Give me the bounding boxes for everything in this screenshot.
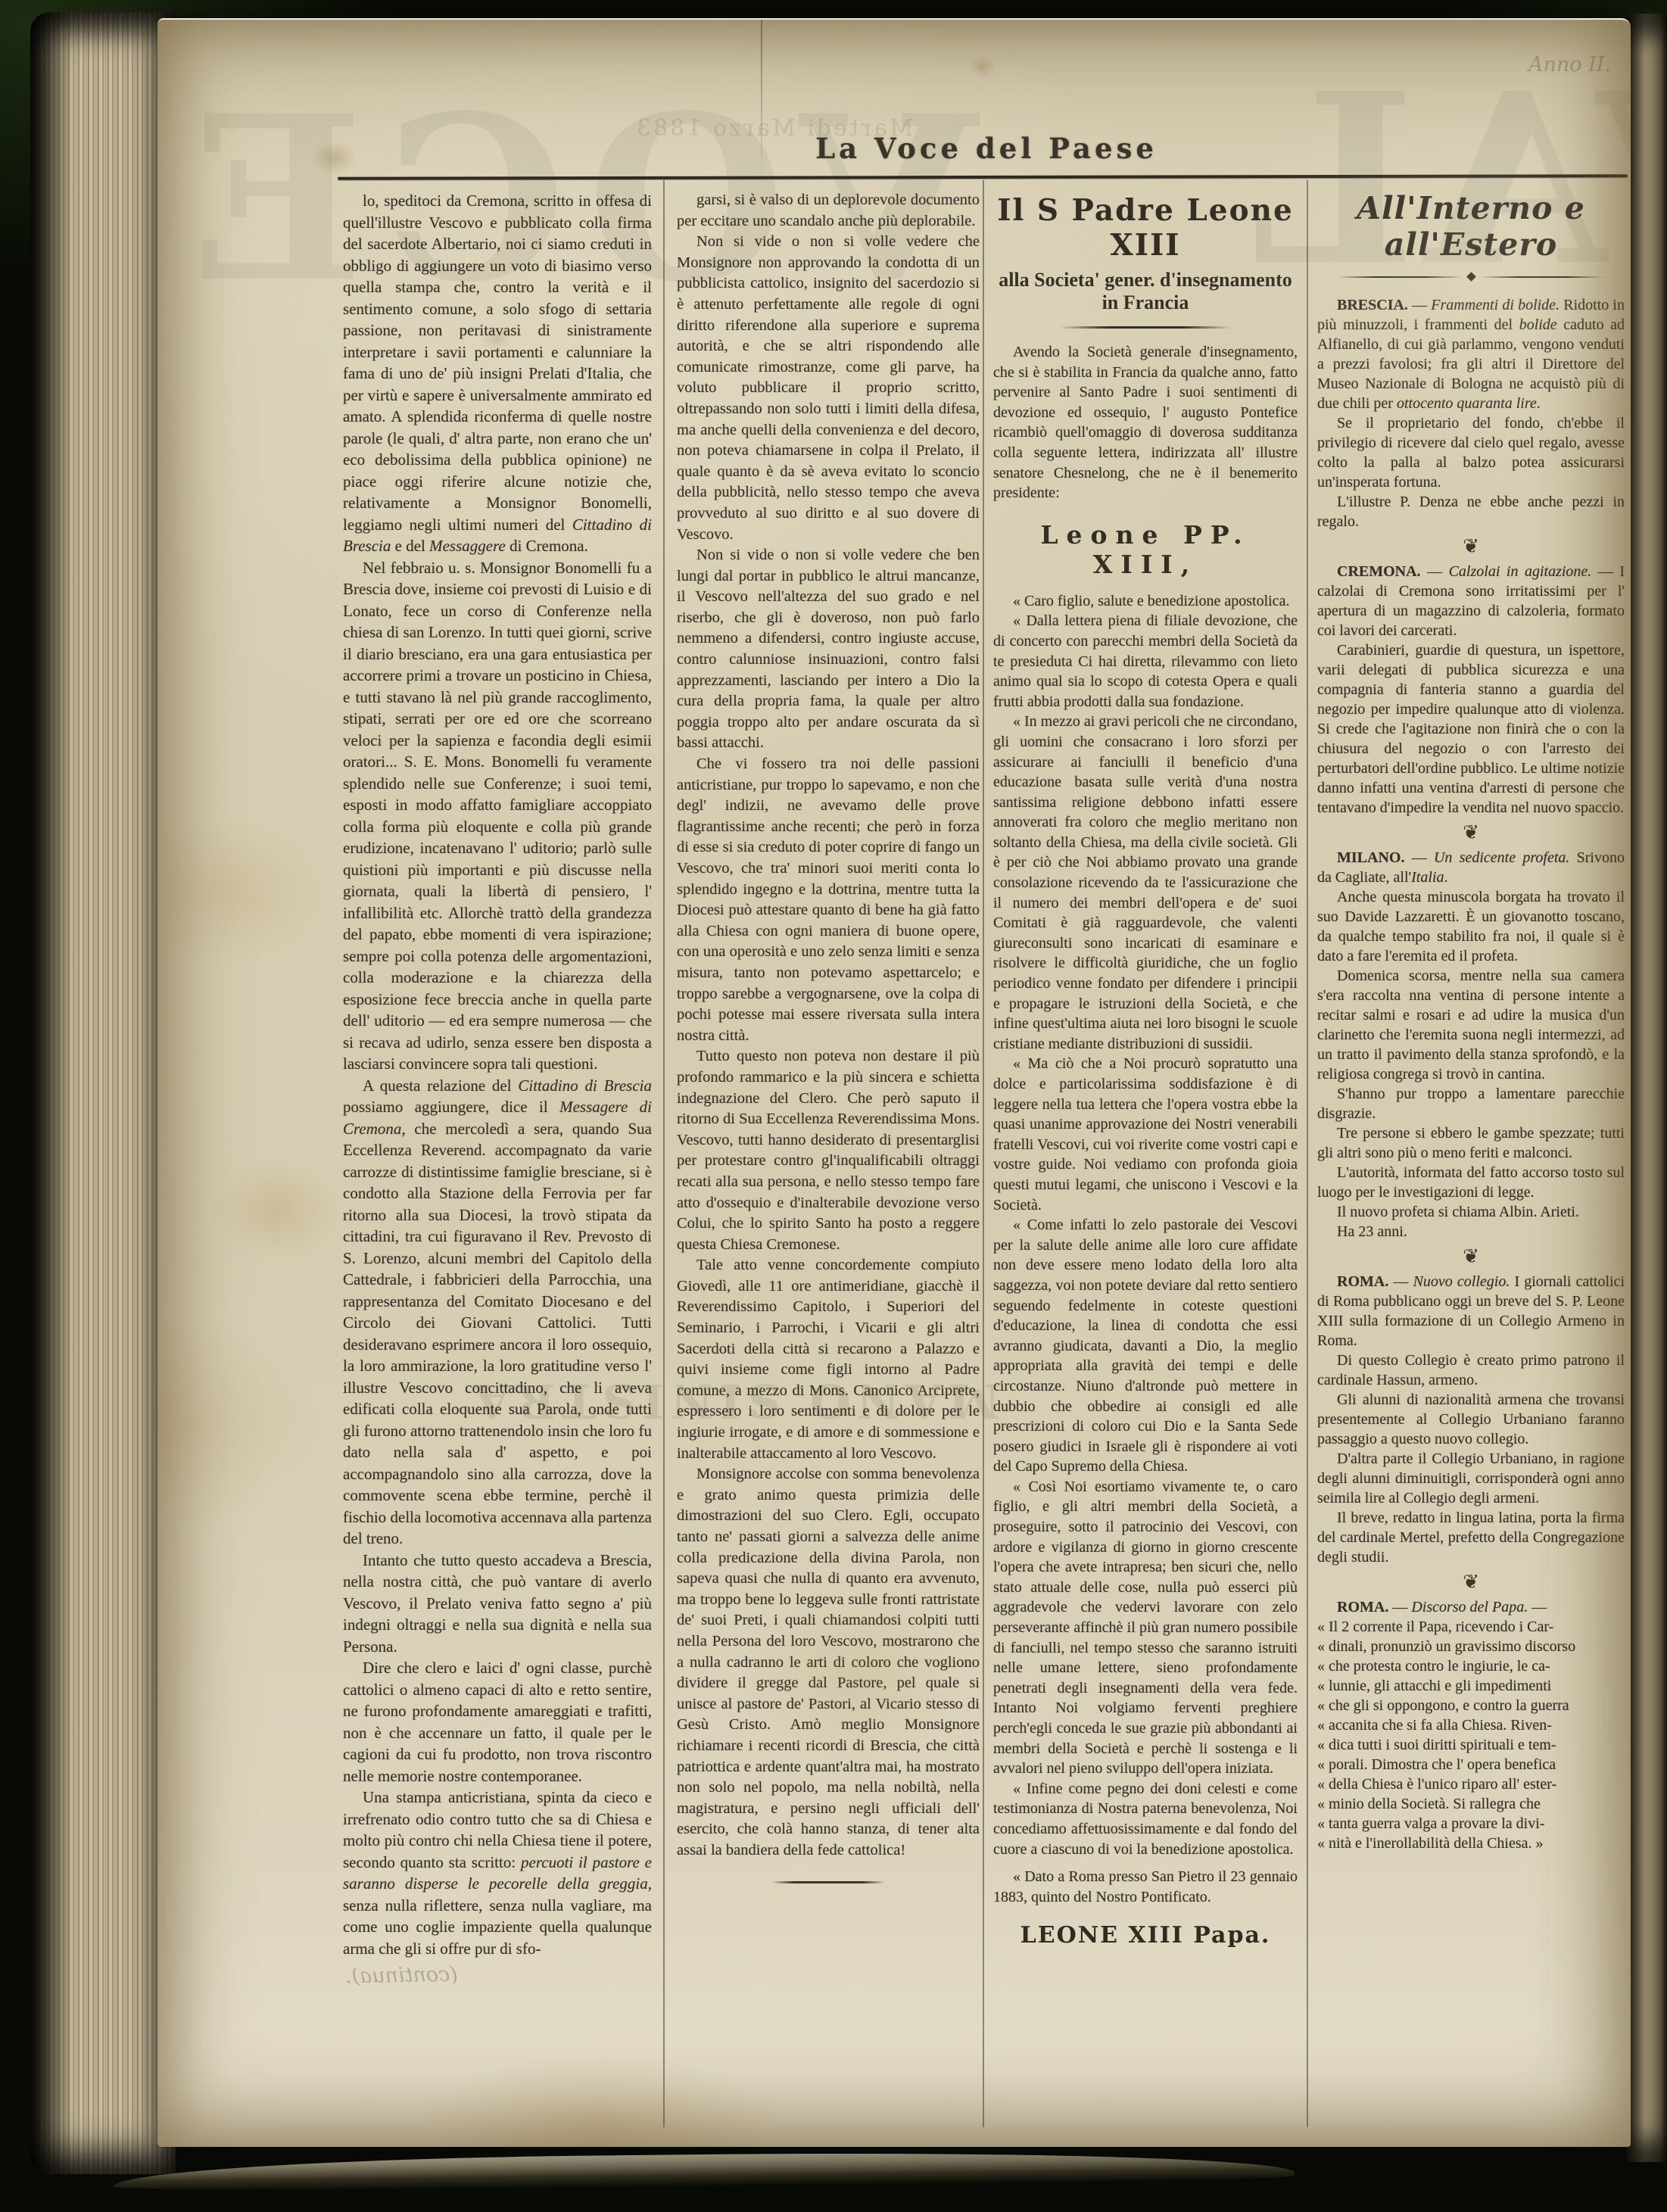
section-head-paragraph: ROMA. — Discorso del Papa. —	[1317, 1597, 1625, 1617]
paragraph: Avendo la Società generale d'insegnament…	[993, 342, 1298, 503]
paragraph: Una stampa anticristiana, spinta da ciec…	[343, 1787, 652, 1959]
letter-paragraph: « Infine come pegno dei doni celesti e c…	[993, 1779, 1298, 1859]
divider-rule	[1060, 326, 1230, 329]
signature: LEONE XIII Papa.	[993, 1922, 1298, 1949]
column-rule	[983, 180, 984, 2127]
end-rule	[771, 1881, 885, 1883]
paragraph: D'altra parte il Collegio Urbaniano, in …	[1317, 1449, 1625, 1508]
quoted-line: « minio della Società. Si rallegra che	[1317, 1794, 1625, 1814]
letter-paragraph: « Ma ciò che a Noi procurò sopratutto un…	[993, 1054, 1298, 1215]
fleuron-ornament-icon: ❦	[1317, 535, 1625, 558]
paragraph: Non si vide o non si volle vedere che be…	[677, 545, 980, 754]
book-spine-page-edges	[30, 12, 176, 2174]
column-3: Il S Padre Leone XIII alla Societa' gene…	[993, 190, 1298, 2124]
quoted-line: « lunnie, gli attacchi e gli impedimenti	[1317, 1676, 1625, 1696]
quoted-line: « che protesta contro le ingiurie, le ca…	[1317, 1656, 1625, 1676]
letter-paragraph: « Come infatti lo zelo pastorale dei Ves…	[993, 1215, 1298, 1477]
newspaper-page: VOCE VAL MANO SINISTRA Anno II. Martedi …	[157, 18, 1631, 2147]
article-subhead: alla Societa' gener. d'insegnamento in F…	[993, 269, 1298, 314]
column-rule	[663, 180, 665, 2127]
letter-paragraph: « Così Noi esortiamo vivamente te, o car…	[993, 1477, 1298, 1779]
paragraph: lo, speditoci da Cremona, scritto in off…	[343, 190, 652, 557]
divider-rule	[1337, 273, 1605, 280]
column-2: garsi, si è valso di un deplorevole docu…	[677, 190, 980, 2124]
letter-paragraph: « Dalla lettera piena di filiale devozio…	[993, 611, 1298, 712]
masthead-title: La Voce del Paese	[347, 132, 1626, 165]
paragraph: Tale atto venne concordemente compiuto G…	[677, 1255, 980, 1464]
letter-paragraph: « In mezzo ai gravi pericoli che ne circ…	[993, 712, 1298, 1054]
quoted-line: « porali. Dimostra che l' opera benefica	[1317, 1755, 1625, 1774]
news-section-title: All'Interno e all'Estero	[1317, 190, 1625, 263]
fleuron-ornament-icon: ❦	[1317, 1245, 1625, 1268]
paragraph: Tutto questo non poteva non destare il p…	[677, 1046, 980, 1255]
paragraph: Carabinieri, guardie di questura, un isp…	[1317, 640, 1625, 818]
quoted-line: « dica tutti i suoi diritti spirituali e…	[1317, 1735, 1625, 1755]
paragraph: Di questo Collegio è creato primo patron…	[1317, 1351, 1625, 1390]
quoted-line: « nità e l'inerollabilità della Chiesa. …	[1317, 1833, 1625, 1853]
paragraph: Domenica scorsa, mentre nella sua camera…	[1317, 966, 1625, 1084]
article-intro: Avendo la Società generale d'insegnament…	[993, 342, 1298, 503]
paragraph: Gli alunni di nazionalità armena che tro…	[1317, 1390, 1625, 1449]
paragraph: Monsignore accolse con somma benevolenza…	[677, 1464, 980, 1861]
paragraph: Intanto che tutto questo accadeva a Bres…	[343, 1550, 652, 1658]
dateline: « Dato a Roma presso San Pietro il 23 ge…	[993, 1867, 1298, 1907]
paragraph: Ha 23 anni.	[1317, 1222, 1625, 1242]
divider-line	[1480, 276, 1606, 278]
divider-line	[1337, 276, 1463, 278]
paragraph: Tre persone si ebbero le gambe spezzate;…	[1317, 1123, 1625, 1163]
paragraph: S'hanno pur troppo a lamentare parecchie…	[1317, 1084, 1625, 1123]
paragraph: garsi, si è valso di un deplorevole docu…	[677, 190, 980, 232]
scanned-newspaper-page: VOCE VAL MANO SINISTRA Anno II. Martedi …	[0, 0, 1667, 2212]
paragraph: Nel febbraio u. s. Monsignor Bonomelli f…	[343, 557, 652, 1075]
quoted-line: « Il 2 corrente il Papa, ricevendo i Car…	[1317, 1617, 1625, 1637]
quoted-line: « che gli si oppongono, e contro la guer…	[1317, 1696, 1625, 1715]
letter-paragraph: « Caro figlio, salute e benedizione apos…	[993, 591, 1298, 612]
paragraph: L'autorità, informata del fatto accorso …	[1317, 1163, 1625, 1202]
quoted-line: « accanita che si fa alla Chiesa. Riven-	[1317, 1715, 1625, 1735]
column-1: lo, speditoci da Cremona, scritto in off…	[343, 190, 652, 2124]
column-4: All'Interno e all'Estero BRESCIA. — Fram…	[1317, 190, 1625, 2124]
paragraph: Non si vide o non si volle vedere che Mo…	[677, 232, 980, 545]
paragraph: Che vi fossero tra noi delle passioni an…	[677, 754, 980, 1046]
paragraph: Il nuovo profeta si chiama Albin. Arieti…	[1317, 1202, 1625, 1222]
fleuron-ornament-icon: ❦	[1317, 1571, 1625, 1594]
paragraph: Se il proprietario del fondo, ch'ebbe il…	[1317, 413, 1625, 492]
paragraph: Dire che clero e laici d' ogni classe, p…	[343, 1657, 652, 1787]
quoted-line: « dinali, pronunziò un gravissimo discor…	[1317, 1637, 1625, 1656]
paragraph: L'illustre P. Denza ne ebbe anche pezzi …	[1317, 492, 1625, 531]
paragraph: A questa relazione del Cittadino di Bres…	[343, 1075, 652, 1550]
section-head-paragraph: CREMONA. — Calzolai in agitazione. — I c…	[1317, 562, 1625, 640]
section-head-paragraph: MILANO. — Un sedicente profeta. Srivono …	[1317, 848, 1625, 887]
paragraph: Anche questa minuscola borgata ha trovat…	[1317, 887, 1625, 966]
news-sections: BRESCIA. — Frammenti di bolide. Ridotto …	[1317, 295, 1625, 1853]
quoted-line: « della Chiesa è l'unico riparo all' est…	[1317, 1774, 1625, 1794]
letter-salutation-head: Leone PP. XIII,	[993, 520, 1298, 579]
article-headline: Il S Padre Leone XIII	[993, 193, 1298, 263]
fleuron-ornament-icon: ❦	[1317, 821, 1625, 844]
right-page-edge	[1626, 14, 1667, 2162]
bottom-page-edge	[114, 2148, 1295, 2192]
papal-letter: « Caro figlio, salute e benedizione apos…	[993, 591, 1298, 1859]
paragraph: Il breve, redatto in lingua latina, port…	[1317, 1508, 1625, 1567]
quoted-line: « tanta guerra valga a provare la divi-	[1317, 1814, 1625, 1833]
section-head-paragraph: ROMA. — Nuovo collegio. I giornali catto…	[1317, 1272, 1625, 1351]
diamond-ornament	[1466, 272, 1476, 282]
column-rule	[1307, 180, 1308, 2127]
edition-number-ghost: Anno II.	[1528, 53, 1611, 76]
masthead-rule	[338, 174, 1628, 180]
section-head-paragraph: BRESCIA. — Frammenti di bolide. Ridotto …	[1317, 295, 1625, 413]
